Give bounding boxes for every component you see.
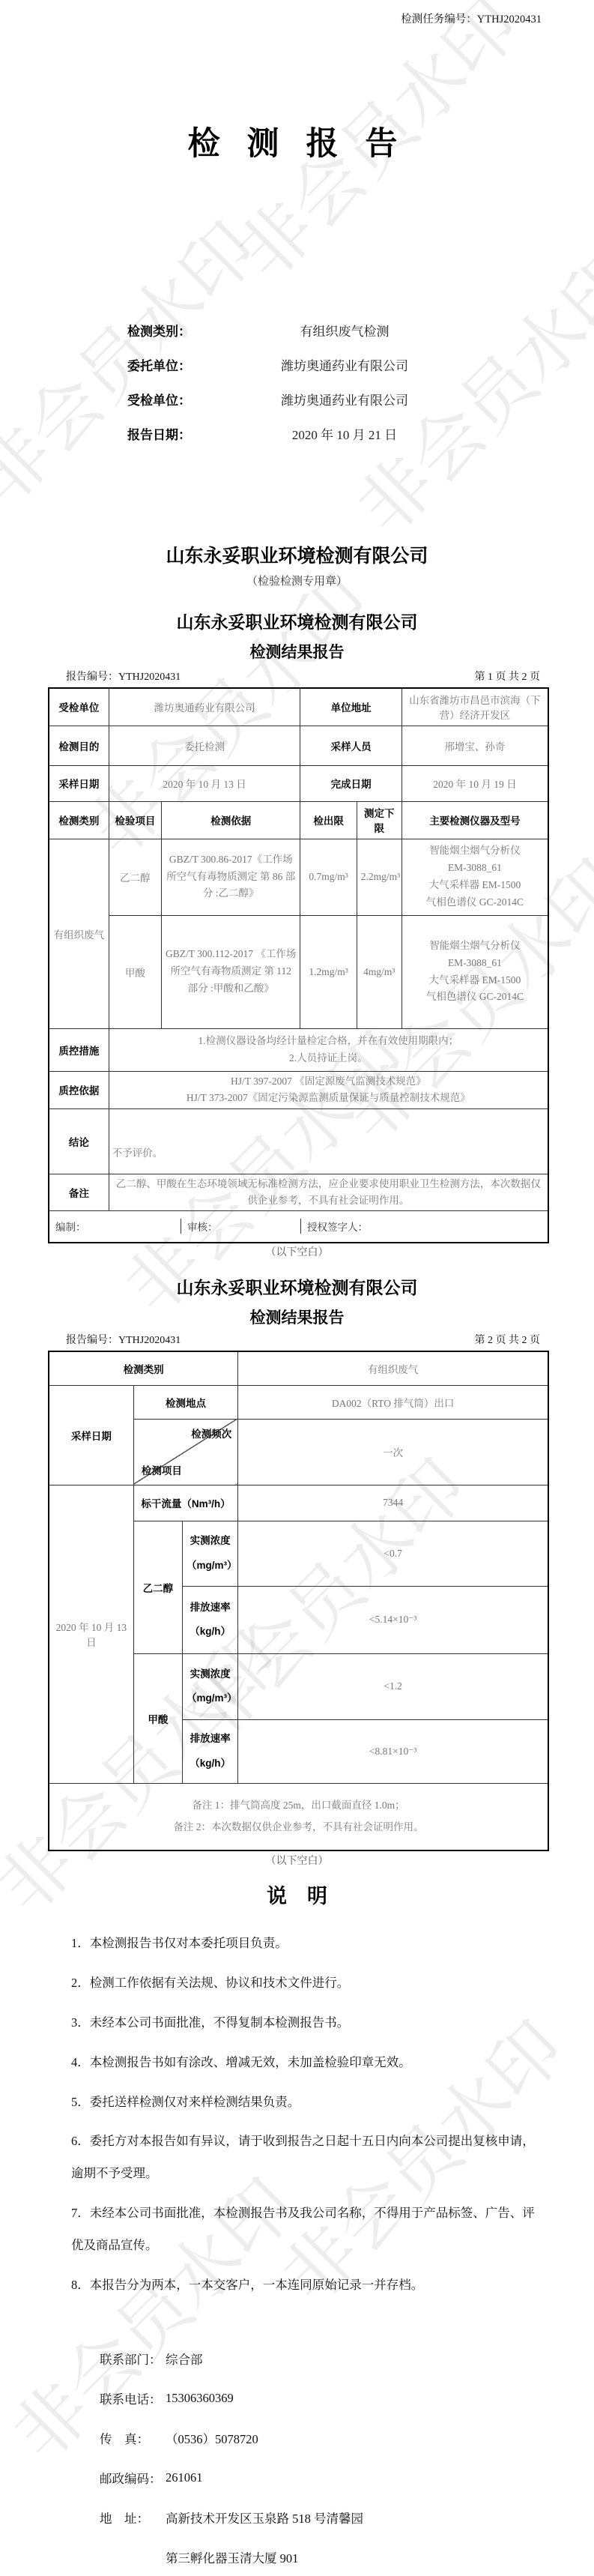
- notes-title: 说 明: [0, 1880, 594, 1909]
- page1-table: 受检单位 潍坊奥通药业有限公司 单位地址 山东省潍坊市昌邑市滨海（下营）经济开发…: [48, 687, 549, 1243]
- note-item: 3．未经本公司书面批准，不得复制本检测报告书。: [71, 2007, 539, 2039]
- table-header-row: 检测类别 检验项目 检测依据 检出限 测定下限 主要检测仪器及型号: [49, 801, 548, 839]
- conclusion-row: 结论 不予评价。 检验检测专用章 年 月 日: [49, 1109, 548, 1174]
- page-indicator: 第 2 页 共 2 页: [475, 1332, 541, 1347]
- col-header: 主要检测仪器及型号: [401, 801, 548, 839]
- contact-label: 地 址：: [100, 2509, 166, 2527]
- task-number-line: 检测任务编号：YTHJ2020431: [401, 10, 542, 26]
- instruments-cell: 智能烟尘烟气分析仪 EM-3088_61 大气采样器 EM-1500 气相色谱仪…: [401, 915, 548, 1028]
- field-value: 潍坊奥通药业有限公司: [217, 390, 472, 408]
- cell-value: 2020 年 10 月 19 日: [401, 765, 548, 801]
- sample-date-value: 2020 年 10 月 13 日: [49, 1485, 133, 1783]
- instruments-cell: 智能烟尘烟气分析仪 EM-3088_61 大气采样器 EM-1500 气相色谱仪…: [401, 839, 548, 915]
- company-name: 山东永妥职业环境检测有限公司: [0, 541, 594, 568]
- page1-company: 山东永妥职业环境检测有限公司: [0, 609, 594, 633]
- seal-area: 检验检测专用章 年 月 日: [372, 1109, 443, 1136]
- diag-bottom-label: 检测项目: [142, 1462, 182, 1477]
- cell-label: 质控依据: [49, 1071, 109, 1109]
- page1-reportno-line: 报告编号：YTHJ2020431 第 1 页 共 2 页: [66, 669, 540, 684]
- sign-authorize: 授权签字人：: [300, 1219, 548, 1234]
- contact-label: 传 真：: [100, 2429, 166, 2447]
- cell-label: 检测目的: [49, 726, 109, 765]
- conc-label: 实测浓度 （mg/m³）: [183, 1521, 238, 1586]
- contact-label: 联系部门：: [100, 2350, 166, 2368]
- method-row: 甲酸 GBZ/T 300.112-2017 《工作场所空气有毒物质测定 第 11…: [49, 915, 548, 1028]
- report-no-value: YTHJ2020431: [118, 672, 181, 683]
- note-item: 4．本检测报告书如有涂改、增减无效，未加盖检验印章无效。: [71, 2047, 539, 2079]
- rate-value: <8.81×10⁻³: [238, 1719, 548, 1783]
- col-header: 检出限: [300, 801, 357, 839]
- contact-row-phone: 联系电话：15306360369: [100, 2378, 519, 2418]
- contact-value: 15306360369: [166, 2391, 234, 2406]
- flow-value: 7344: [238, 1485, 548, 1521]
- conc-value: <0.7: [238, 1521, 548, 1586]
- contact-block: 联系部门：综合部 联系电话：15306360369 传 真：（0536）5078…: [100, 2338, 519, 2576]
- page-indicator: 第 1 页 共 2 页: [475, 669, 541, 684]
- cover-field-client: 委托单位：潍坊奥通药业有限公司: [127, 355, 487, 378]
- note-item: 1．本检测报告书仅对本委托项目负责。: [71, 1928, 539, 1960]
- cover-field-category: 检测类别：有组织废气检测: [127, 321, 487, 343]
- report-no-label: 报告编号：: [66, 672, 118, 683]
- note-item: 2．检测工作依据有关法规、协议和技术文件进行。: [71, 1967, 539, 2000]
- cell-label: 质控措施: [49, 1028, 109, 1071]
- contact-value: 261061: [166, 2470, 203, 2485]
- below-blank-note: （以下空白）: [0, 1244, 594, 1259]
- conc-value: <1.2: [238, 1653, 548, 1719]
- cell-label: 受检单位: [49, 688, 109, 726]
- stack-note-2: 备注 2：本次数据仅供企业参考，不具有社会证明作用。: [53, 1817, 544, 1838]
- report-title: 检 测 报 告: [0, 118, 594, 164]
- item-cell: 乙二醇: [109, 839, 161, 915]
- field-value: 2020 年 10 月 21 日: [217, 424, 472, 443]
- notes-row: 备注 1：排气筒高度 25m，出口截面直径 1.0m； 备注 2：本次数据仅供企…: [49, 1783, 548, 1850]
- conc-label: 实测浓度 （mg/m³）: [183, 1653, 238, 1719]
- contact-row-address2: 第三孵化器玉清大厦 901: [100, 2537, 519, 2576]
- contact-row-address: 地 址：高新技术开发区玉泉路 518 号清馨园: [100, 2497, 519, 2537]
- contact-label: 联系电话：: [100, 2389, 166, 2407]
- page2-reportno-line: 报告编号：YTHJ2020431 第 2 页 共 2 页: [66, 1332, 540, 1347]
- sign-row: 编制： 审核： 授权签字人：: [49, 1210, 548, 1243]
- rate-label: 排放速率 （kg/h）: [183, 1719, 238, 1783]
- rate-value: <5.14×10⁻³: [238, 1586, 548, 1653]
- field-value: 有组织废气检测: [217, 321, 472, 340]
- sign-review: 审核：: [181, 1219, 300, 1234]
- report-no-value: YTHJ2020431: [118, 1335, 181, 1346]
- contact-row-postcode: 邮政编码：261061: [100, 2458, 519, 2497]
- field-label: 受检单位：: [127, 390, 217, 408]
- table-row: 受检单位 潍坊奥通药业有限公司 单位地址 山东省潍坊市昌邑市滨海（下营）经济开发…: [49, 688, 548, 726]
- rate-label: 排放速率 （kg/h）: [183, 1586, 238, 1653]
- item-cell: 甲酸: [133, 1653, 182, 1783]
- basis-cell: GBZ/T 300.112-2017 《工作场所空气有毒物质测定 第 112 部…: [161, 915, 300, 1028]
- qc-basis-text: HJ/T 397-2007 《固定源废气监测技术规范》 HJ/T 373-200…: [109, 1071, 548, 1109]
- page2-subtitle: 检测结果报告: [0, 1306, 594, 1328]
- page1-subtitle: 检测结果报告: [0, 640, 594, 663]
- table-row: 采样日期 2020 年 10 月 13 日 完成日期 2020 年 10 月 1…: [49, 765, 548, 801]
- table-row: 采样日期 检测地点 DA002（RTO 排气筒）出口: [49, 1385, 548, 1419]
- location-value: DA002（RTO 排气筒）出口: [238, 1385, 548, 1419]
- cover-field-inspected: 受检单位：潍坊奥通药业有限公司: [127, 390, 487, 412]
- item-cell: 乙二醇: [133, 1521, 182, 1653]
- cover-field-date: 报告日期：2020 年 10 月 21 日: [127, 424, 487, 447]
- cell-label: 采样日期: [49, 765, 109, 801]
- frequency-value: 一次: [238, 1419, 548, 1485]
- basis-cell: GBZ/T 300.86-2017《工作场所空气有毒物质测定 第 86 部分 :…: [161, 839, 300, 915]
- note-item: 5．委托送样检测仅对来样检测结果负责。: [71, 2087, 539, 2119]
- method-row: 有组织废气 乙二醇 GBZ/T 300.86-2017《工作场所空气有毒物质测定…: [49, 839, 548, 915]
- lld-cell: 2.2mg/m³: [357, 839, 401, 915]
- cell-value: 有组织废气: [238, 1351, 548, 1385]
- qc-basis-row: 质控依据 HJ/T 397-2007 《固定源废气监测技术规范》 HJ/T 37…: [49, 1071, 548, 1109]
- cell-value: 山东省潍坊市昌邑市滨海（下营）经济开发区: [401, 688, 548, 726]
- diagonal-header-cell: 检测频次 检测项目: [133, 1419, 237, 1485]
- location-label: 检测地点: [133, 1385, 237, 1419]
- cell-label: 备注: [49, 1174, 109, 1210]
- qc-measures-text: 1.检测仪器设备均经计量检定合格，并在有效使用期限内； 2.人员持证上岗。: [109, 1028, 548, 1071]
- page2-company: 山东永妥职业环境检测有限公司: [0, 1274, 594, 1299]
- cell-value: 2020 年 10 月 13 日: [109, 765, 300, 801]
- sign-prepare: 编制：: [49, 1219, 181, 1234]
- col-header: 检验项目: [109, 801, 161, 839]
- cell-label: 完成日期: [300, 765, 401, 801]
- remark-text: 乙二醇、甲酸在生态环境领域无标准检测方法，应企业要求使用职业卫生检测方法，本次数…: [109, 1174, 548, 1210]
- task-number-label: 检测任务编号：: [401, 13, 477, 25]
- field-label: 报告日期：: [127, 424, 217, 443]
- col-header: 检测类别: [49, 801, 109, 839]
- below-blank-note: （以下空白）: [0, 1853, 594, 1868]
- contact-value: 高新技术开发区玉泉路 518 号清馨园: [166, 2509, 363, 2527]
- task-number-value: YTHJ2020431: [477, 13, 542, 25]
- field-label: 检测类别：: [127, 321, 217, 340]
- sample-date-label: 采样日期: [49, 1385, 133, 1485]
- cell-label: 单位地址: [300, 688, 401, 726]
- field-value: 潍坊奥通药业有限公司: [217, 355, 472, 374]
- note-item: 7．未经本公司书面批准，本检测报告书及我公司名称，不得用于产品标签、广告、评优及…: [71, 2198, 539, 2262]
- notes-list: 1．本检测报告书仅对本委托项目负责。 2．检测工作依据有关法规、协议和技术文件进…: [71, 1928, 539, 2309]
- conclusion-text: 不予评价。: [112, 1144, 163, 1159]
- diag-top-label: 检测频次: [191, 1426, 231, 1441]
- lod-cell: 1.2mg/m³: [300, 915, 357, 1028]
- contact-value: 综合部: [166, 2350, 203, 2368]
- contact-row-department: 联系部门：综合部: [100, 2338, 519, 2378]
- report-no-label: 报告编号：: [66, 1335, 118, 1346]
- qc-measures-row: 质控措施 1.检测仪器设备均经计量检定合格，并在有效使用期限内； 2.人员持证上…: [49, 1028, 548, 1071]
- note-item: 8．本报告分为两本，一本交客户，一本连同原始记录一并存档。: [71, 2269, 539, 2302]
- stack-note-1: 备注 1：排气筒高度 25m，出口截面直径 1.0m；: [53, 1795, 544, 1816]
- field-label: 委托单位：: [127, 355, 217, 374]
- cell-value: 邢增宝、孙奇: [401, 726, 548, 765]
- cell-label: 结论: [49, 1109, 109, 1174]
- col-header: 测定下限: [357, 801, 401, 839]
- lld-cell: 4mg/m³: [357, 915, 401, 1028]
- cell-value: 潍坊奥通药业有限公司: [109, 688, 300, 726]
- cell-label: 采样人员: [300, 726, 401, 765]
- contact-label: 邮政编码：: [100, 2469, 166, 2487]
- flow-label: 标干流量（Nm³/h）: [133, 1485, 237, 1521]
- cell-value: 委托检测: [109, 726, 300, 765]
- table-row: 检测目的 委托检测 采样人员 邢增宝、孙奇: [49, 726, 548, 765]
- col-header: 检测依据: [161, 801, 300, 839]
- page2-table: 检测类别 有组织废气 采样日期 检测地点 DA002（RTO 排气筒）出口 检测…: [48, 1351, 549, 1851]
- note-item: 6．委托方对本报告如有异议，请于收到报告之日起十五日内向本公司提出复核申请，逾期…: [71, 2126, 539, 2190]
- lod-cell: 0.7mg/m³: [300, 839, 357, 915]
- contact-row-fax: 传 真：（0536）5078720: [100, 2418, 519, 2458]
- contact-value: （0536）5078720: [166, 2429, 258, 2447]
- cell-label: 检测类别: [49, 1351, 238, 1385]
- item-cell: 甲酸: [109, 915, 161, 1028]
- remark-row: 备注 乙二醇、甲酸在生态环境领域无标准检测方法，应企业要求使用职业卫生检测方法，…: [49, 1174, 548, 1210]
- table-row: 检测类别 有组织废气: [49, 1351, 548, 1385]
- table-row: 2020 年 10 月 13 日 标干流量（Nm³/h） 7344: [49, 1485, 548, 1521]
- seal-note: （检验检测专用章）: [0, 573, 594, 588]
- contact-value: 第三孵化器玉清大厦 901: [166, 2548, 298, 2566]
- category-cell: 有组织废气: [49, 839, 109, 1028]
- report-document: 非会员水印 非会员水印 非会员水印 非会员水印 非会员水印 非会员水印 非会员水…: [0, 0, 594, 2576]
